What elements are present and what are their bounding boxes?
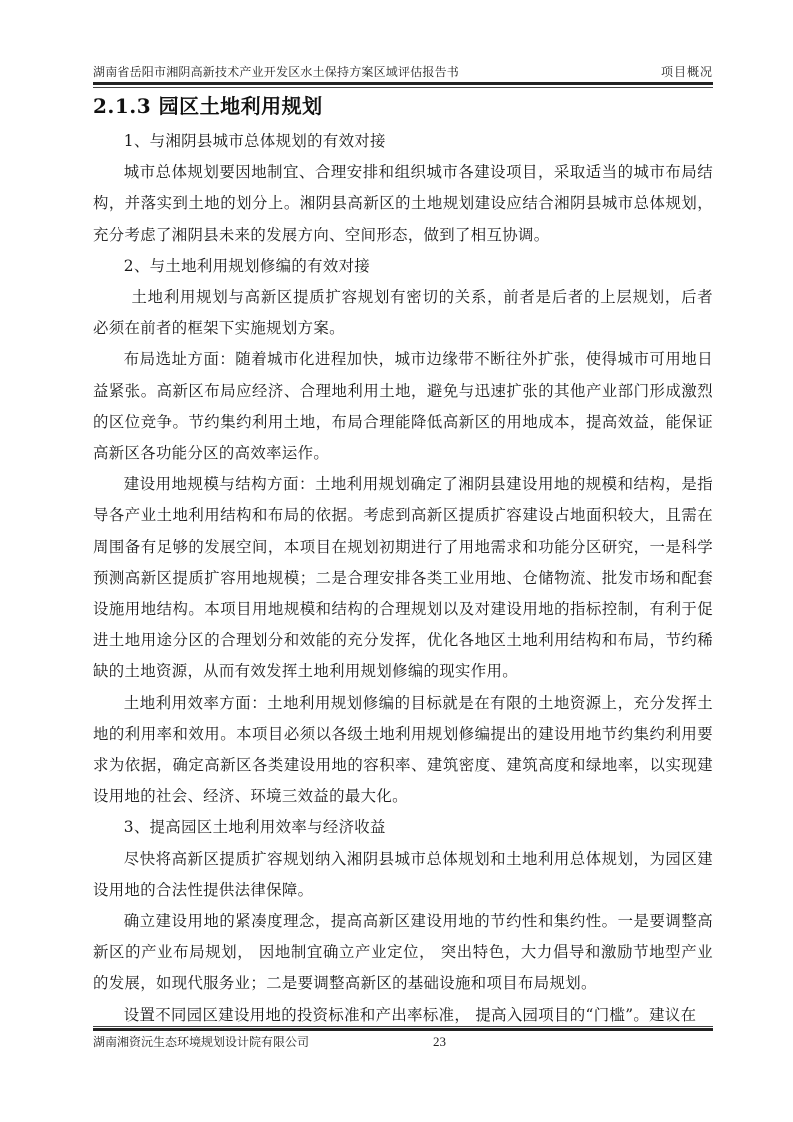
header-chapter-title: 项目概况 <box>661 64 713 80</box>
header-rule-thin <box>93 87 713 88</box>
header-rule-thick <box>93 82 713 85</box>
section-heading: 2.1.3 园区土地利用规划 <box>93 92 323 120</box>
paragraph: 土地利用效率方面：土地利用规划修编的目标就是在有限的土地资源上，充分发挥土地的利… <box>93 688 713 813</box>
footer-rule-thin <box>93 1026 713 1027</box>
paragraph: 城市总体规划要因地制宜、合理安排和组织城市各建设项目，采取适当的城市布局结构，并… <box>93 157 713 251</box>
running-header: 湖南省岳阳市湘阴高新技术产业开发区水土保持方案区域评估报告书 项目概况 <box>93 64 713 80</box>
footer-rule-thick <box>93 1028 713 1031</box>
body-content: 1、与湘阴县城市总体规划的有效对接 城市总体规划要因地制宜、合理安排和组织城市各… <box>93 126 713 1031</box>
subheading-2: 2、与土地利用规划修编的有效对接 <box>93 251 713 282</box>
paragraph: 土地利用规划与高新区提质扩容规划有密切的关系，前者是后者的上层规划，后者必须在前… <box>93 282 713 344</box>
paragraph: 确立建设用地的紧凑度理念，提高高新区建设用地的节约性和集约性。一是要调整高新区的… <box>93 906 713 1000</box>
paragraph: 建设用地规模与结构方面：土地利用规划确定了湘阴县建设用地的规模和结构，是指导各产… <box>93 469 713 687</box>
running-footer: 湖南湘资沅生态环境规划设计院有限公司 23 <box>93 1034 713 1050</box>
page-number: 23 <box>433 1034 446 1050</box>
subheading-3: 3、提高园区土地利用效率与经济收益 <box>93 812 713 843</box>
footer-organization: 湖南湘资沅生态环境规划设计院有限公司 <box>93 1034 309 1050</box>
paragraph: 布局选址方面：随着城市化进程加快，城市边缘带不断往外扩张，使得城市可用地日益紧张… <box>93 344 713 469</box>
header-document-title: 湖南省岳阳市湘阴高新技术产业开发区水土保持方案区域评估报告书 <box>93 64 459 80</box>
paragraph: 尽快将高新区提质扩容规划纳入湘阴县城市总体规划和土地利用总体规划，为园区建设用地… <box>93 844 713 906</box>
document-page: 湖南省岳阳市湘阴高新技术产业开发区水土保持方案区域评估报告书 项目概况 2.1.… <box>0 0 793 1122</box>
subheading-1: 1、与湘阴县城市总体规划的有效对接 <box>93 126 713 157</box>
